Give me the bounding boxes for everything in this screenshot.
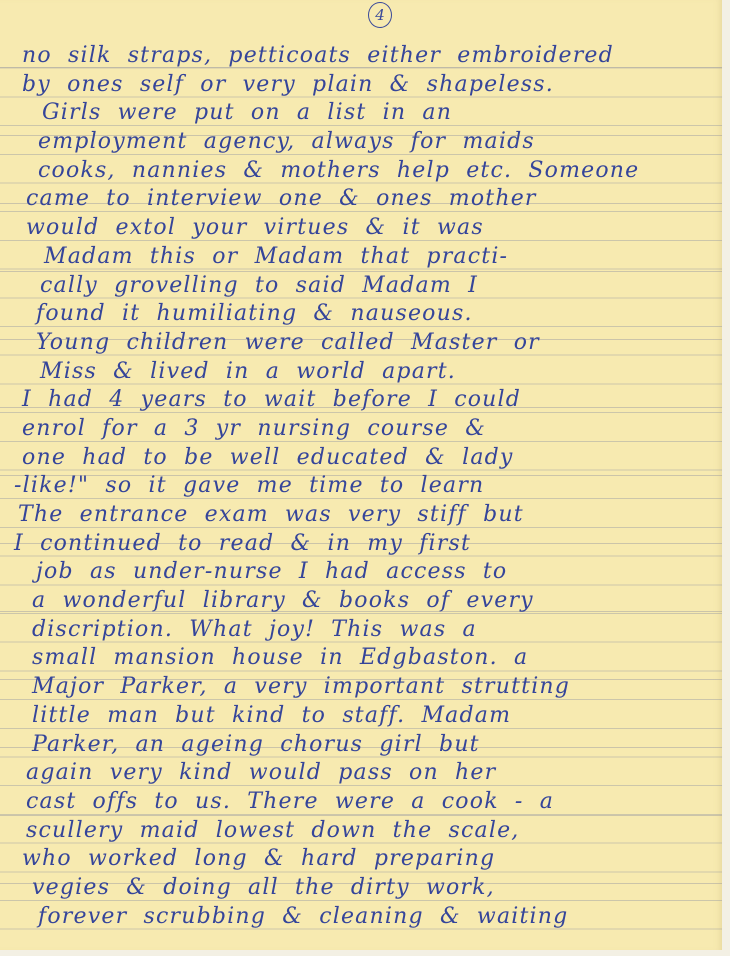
handwritten-line: found it humiliating & nauseous. xyxy=(0,300,639,329)
handwritten-letter-page: 4 no silk straps, petticoats either embr… xyxy=(0,0,722,950)
handwritten-line: would extol your virtues & it was xyxy=(0,214,639,243)
handwritten-line: -like!" so it gave me time to learn xyxy=(0,472,639,501)
handwritten-line: I continued to read & in my first xyxy=(0,530,639,559)
handwritten-line: Parker, an ageing chorus girl but xyxy=(0,731,639,760)
handwritten-line: cast offs to us. There were a cook - a xyxy=(0,788,639,817)
handwritten-text-body: no silk straps, petticoats either embroi… xyxy=(0,42,639,931)
handwritten-line: Girls were put on a list in an xyxy=(0,99,639,128)
handwritten-line: I had 4 years to wait before I could xyxy=(0,386,639,415)
handwritten-line: again very kind would pass on her xyxy=(0,759,639,788)
handwritten-line: no silk straps, petticoats either embroi… xyxy=(0,42,639,71)
handwritten-line: cally grovelling to said Madam I xyxy=(0,272,639,301)
handwritten-line: a wonderful library & books of every xyxy=(0,587,639,616)
handwritten-line: scullery maid lowest down the scale, xyxy=(0,817,639,846)
handwritten-line: discription. What joy! This was a xyxy=(0,616,639,645)
handwritten-line: Madam this or Madam that practi- xyxy=(0,243,639,272)
handwritten-line: by ones self or very plain & shapeless. xyxy=(0,71,639,100)
handwritten-line: vegies & doing all the dirty work, xyxy=(0,874,639,903)
handwritten-line: came to interview one & ones mother xyxy=(0,185,639,214)
page-number-circle: 4 xyxy=(368,2,392,28)
handwritten-line: employment agency, always for maids xyxy=(0,128,639,157)
handwritten-line: Miss & lived in a world apart. xyxy=(0,358,639,387)
handwritten-line: forever scrubbing & cleaning & waiting xyxy=(0,903,639,932)
handwritten-line: The entrance exam was very stiff but xyxy=(0,501,639,530)
handwritten-line: enrol for a 3 yr nursing course & xyxy=(0,415,639,444)
handwritten-line: Major Parker, a very important strutting xyxy=(0,673,639,702)
handwritten-line: who worked long & hard preparing xyxy=(0,845,639,874)
handwritten-line: cooks, nannies & mothers help etc. Someo… xyxy=(0,157,639,186)
handwritten-line: job as under-nurse I had access to xyxy=(0,558,639,587)
handwritten-line: one had to be well educated & lady xyxy=(0,444,639,473)
handwritten-line: Young children were called Master or xyxy=(0,329,639,358)
handwritten-line: little man but kind to staff. Madam xyxy=(0,702,639,731)
handwritten-line: small mansion house in Edgbaston. a xyxy=(0,644,639,673)
